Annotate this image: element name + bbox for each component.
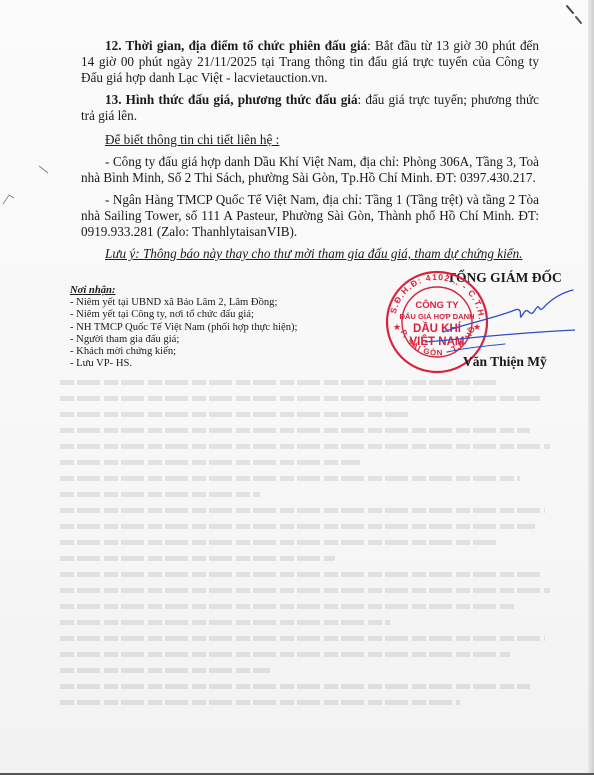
recipients-title: Nơi nhận: [70,285,370,297]
recipient-item: - NH TMCP Quốc Tế Việt Nam (phối hợp thự… [70,322,370,334]
page-edge-shadow [588,0,594,775]
recipient-item: - Người tham gia đấu giá; [70,334,370,346]
staple-mark-icon [564,4,584,26]
handwritten-signature-icon [425,284,575,354]
recipient-item: - Niêm yết tại Công ty, nơi tổ chức đấu … [70,309,370,321]
contact-item: - Công ty đấu giá hợp danh Dầu Khí Việt … [81,154,539,186]
contact-intro-text: Để biết thông tin chi tiết liên hệ : [105,132,279,147]
stray-pen-mark [2,192,16,206]
recipient-item: - Lưu VP- HS. [70,358,370,370]
reverse-side-bleed-through [60,380,560,770]
scanned-page: 12. Thời gian, địa điểm tổ chức phiên đấ… [0,0,594,775]
recipient-item: - Khách mời chứng kiến; [70,346,370,358]
contact-intro: Để biết thông tin chi tiết liên hệ : [81,132,539,148]
recipients-list: Nơi nhận: - Niêm yết tại UBND xã Bảo Lâm… [70,285,370,370]
document-body: 12. Thời gian, địa điểm tổ chức phiên đấ… [81,38,539,262]
section-12: 12. Thời gian, địa điểm tổ chức phiên đấ… [81,38,539,86]
stray-pen-mark [38,165,50,175]
notice-note: Lưu ý: Thông báo này thay cho thư mời th… [81,246,539,262]
section-13-heading: 13. Hình thức đấu giá, phương thức đấu g… [105,92,358,107]
signature-block: TỔNG GIÁM ĐỐC S.Đ.H.Đ: 4102… - C.T.H.D P… [385,262,565,382]
recipient-item: - Niêm yết tại UBND xã Bảo Lâm 2, Lâm Đồ… [70,297,370,309]
signatory-name: Văn Thiện Mỹ [463,354,547,370]
section-12-heading: 12. Thời gian, địa điểm tổ chức phiên đấ… [105,38,367,53]
section-13: 13. Hình thức đấu giá, phương thức đấu g… [81,92,539,124]
contact-item: - Ngân Hàng TMCP Quốc Tế Việt Nam, địa c… [81,192,539,240]
